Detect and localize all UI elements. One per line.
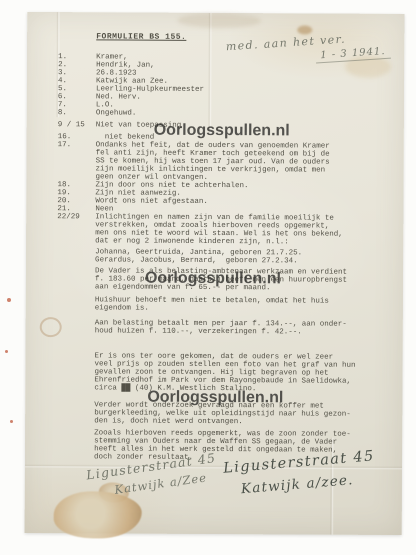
item-number: 5.: [58, 85, 96, 93]
item-number: 18.: [57, 181, 95, 189]
backdrop-speck: [7, 298, 11, 302]
item-number: 16.: [58, 133, 96, 141]
item-number: 4.: [58, 77, 96, 85]
item-text: Ongehuwd.: [96, 109, 394, 119]
form-item-row: 17. Ondanks het feit, dat de ouders van …: [57, 141, 393, 183]
backdrop-speck: [5, 350, 8, 353]
document-paper: FORMULIER BS 155. med. aan het ver. 1 - …: [25, 12, 405, 535]
item-number: 17.: [58, 141, 96, 149]
paper-ring-stain: [40, 317, 62, 337]
item-number: 3.: [58, 69, 96, 77]
address-city: Katwijk a/zee.: [240, 470, 377, 497]
item-text: Niet van toepassing: [96, 121, 394, 131]
form-item-row: 8. Ongehuwd.: [58, 109, 394, 119]
typed-paragraph: Johanna, Geertruida, Jantina, geboren 21…: [95, 248, 395, 266]
typed-paragraph: Verder wordt onderzoek gevraagd naar een…: [94, 401, 394, 427]
item-number: 20.: [57, 197, 95, 205]
item-number: 9 / 15: [58, 121, 96, 129]
item-number: 1.: [58, 53, 96, 61]
item-number: 2.: [58, 61, 96, 69]
typed-paragraph: Aan belasting betaalt men per jaar f. 13…: [95, 319, 395, 337]
form-title: FORMULIER BS 155.: [96, 32, 186, 41]
backdrop-speck: [10, 420, 13, 423]
item-number: 7.: [58, 101, 96, 109]
item-text: Inlichtingen en namen zijn van de famili…: [95, 213, 393, 247]
item-number: 8.: [58, 109, 96, 117]
typed-paragraph: Huishuur behoeft men niet te betalen, om…: [95, 296, 395, 314]
item-number: 21.: [57, 205, 95, 213]
item-number: 19.: [57, 189, 95, 197]
form-item-row: 9 / 15 Niet van toepassing: [58, 121, 394, 131]
item-number: 22/29: [57, 213, 95, 221]
form-item-list: 1. Kramer, 2. Hendrik, Jan, 3. 26.8.1923…: [57, 53, 394, 247]
paper-stain: [177, 13, 261, 28]
typed-paragraph: Er is ons ter oore gekomen, dat de ouder…: [94, 352, 394, 394]
typed-paragraph: De Vader is als belasting-ambtenaar werk…: [95, 267, 395, 293]
item-text: Ondanks het feit, dat de ouders van geno…: [95, 141, 393, 183]
item-number: 6.: [58, 93, 96, 101]
form-item-row: 22/29 Inlichtingen en namen zijn van de …: [57, 213, 393, 247]
paper-stain: [297, 25, 312, 34]
photo-stage: FORMULIER BS 155. med. aan het ver. 1 - …: [0, 0, 416, 555]
photo-background: { "photo": { "site_watermark": "Oorlogss…: [0, 0, 416, 555]
form-paragraphs: Johanna, Geertruida, Jantina, geboren 21…: [94, 248, 395, 463]
